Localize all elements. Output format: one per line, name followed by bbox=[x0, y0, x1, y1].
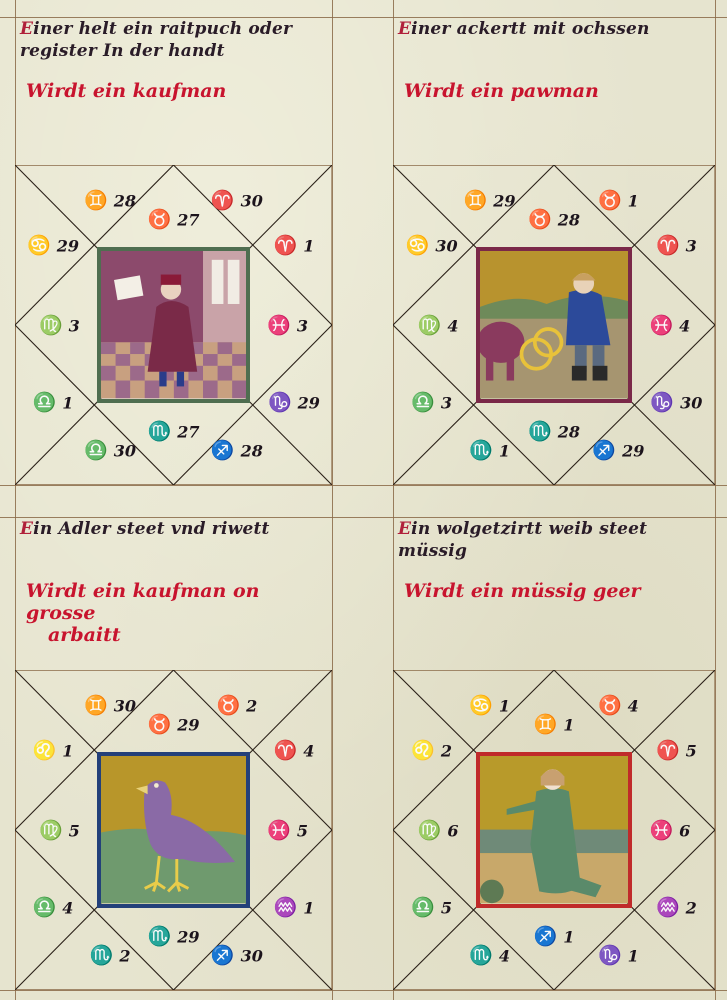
caption-line-1: Einer ackertt mit ochssen bbox=[398, 18, 713, 40]
cancer-sign-icon: ♋ bbox=[406, 235, 430, 257]
rule-bottom bbox=[0, 990, 727, 991]
taurus-sign-icon: ♉ bbox=[528, 209, 552, 231]
degree-value: 30 bbox=[680, 393, 702, 412]
degree-value: 5 bbox=[297, 822, 308, 841]
caption-line-1: Ein Adler steet vnd riwett bbox=[20, 518, 332, 540]
house-label-top-center: ♉27 bbox=[148, 208, 200, 231]
panel-header: Einer ackertt mit ochssen Wirdt ein pawm… bbox=[398, 18, 713, 102]
degree-value: 4 bbox=[447, 317, 458, 336]
verdict-text: Wirdt ein müssig geer bbox=[398, 580, 713, 602]
miniature-illustration bbox=[97, 752, 251, 907]
house-label-top-right: ♉4 bbox=[598, 694, 639, 717]
virgo-sign-icon: ♍ bbox=[418, 820, 442, 842]
scorpio-sign-icon: ♏ bbox=[469, 439, 493, 461]
house-label-bottom-center: ♐1 bbox=[534, 924, 575, 947]
degree-value: 30 bbox=[241, 192, 263, 211]
house-label-right-bottom: ♒2 bbox=[656, 895, 697, 918]
house-label-bottom-right: ♐30 bbox=[211, 943, 263, 966]
degree-value: 1 bbox=[499, 697, 510, 716]
house-label-top-left: ♋1 bbox=[469, 694, 510, 717]
sagittarius-sign-icon: ♐ bbox=[211, 439, 235, 461]
degree-value: 6 bbox=[679, 822, 690, 841]
degree-value: 3 bbox=[297, 317, 308, 336]
degree-value: 1 bbox=[563, 716, 574, 735]
house-label-top-right: ♈30 bbox=[211, 189, 263, 212]
aries-sign-icon: ♈ bbox=[656, 235, 680, 257]
degree-value: 27 bbox=[177, 422, 199, 441]
horoscope-chart-ploughman: ♊29♉28♉1♈3♓4♑30♐29♏28♏1♎3♍4♋30 bbox=[393, 165, 715, 485]
margin-rule-left-b bbox=[332, 0, 333, 1000]
taurus-sign-icon: ♉ bbox=[148, 209, 172, 231]
leo-sign-icon: ♌ bbox=[33, 740, 57, 762]
degree-value: 29 bbox=[298, 393, 320, 412]
degree-value: 1 bbox=[628, 946, 639, 965]
aries-sign-icon: ♈ bbox=[656, 740, 680, 762]
horoscope-chart-merchant: ♊28♉27♈30♈1♓3♑29♐28♏27♎30♎1♍3♋29 bbox=[15, 165, 332, 485]
leo-sign-icon: ♌ bbox=[411, 740, 435, 762]
house-label-right-top: ♈5 bbox=[656, 739, 697, 762]
caption-line-1: Ein wolgetzirtt weib steet bbox=[398, 518, 713, 540]
degree-value: 1 bbox=[303, 237, 314, 256]
degree-value: 1 bbox=[62, 393, 73, 412]
verdict-text: Wirdt ein kaufman on grosse arbaitt bbox=[20, 580, 332, 646]
miniature-illustration bbox=[476, 752, 632, 907]
gemini-sign-icon: ♊ bbox=[84, 190, 108, 212]
capricorn-sign-icon: ♑ bbox=[650, 391, 674, 413]
house-label-right-middle: ♓6 bbox=[650, 819, 691, 842]
degree-value: 2 bbox=[686, 898, 697, 917]
degree-value: 1 bbox=[499, 441, 510, 460]
aries-sign-icon: ♈ bbox=[211, 190, 235, 212]
degree-value: 28 bbox=[241, 441, 263, 460]
verdict-line-1: Wirdt ein kaufman on grosse bbox=[26, 580, 332, 624]
margin-rule-right-b bbox=[715, 0, 716, 1000]
gemini-sign-icon: ♊ bbox=[464, 190, 488, 212]
house-label-left-middle: ♍6 bbox=[418, 819, 459, 842]
degree-value: 3 bbox=[69, 317, 80, 336]
libra-sign-icon: ♎ bbox=[411, 391, 435, 413]
scorpio-sign-icon: ♏ bbox=[148, 925, 172, 947]
house-label-left-middle: ♍5 bbox=[39, 819, 80, 842]
house-label-right-middle: ♓3 bbox=[267, 314, 308, 337]
sagittarius-sign-icon: ♐ bbox=[592, 439, 616, 461]
degree-value: 27 bbox=[177, 211, 199, 230]
verdict-line-1: Wirdt ein müssig geer bbox=[404, 580, 713, 602]
house-label-left-top: ♋29 bbox=[27, 234, 79, 257]
degree-value: 3 bbox=[441, 393, 452, 412]
verdict-line-2: arbaitt bbox=[26, 624, 332, 646]
horoscope-chart-idle-woman: ♋1♊1♉4♈5♓6♒2♑1♐1♏4♎5♍6♌2 bbox=[393, 670, 715, 990]
taurus-sign-icon: ♉ bbox=[598, 190, 622, 212]
horoscope-chart-eagle: ♊30♉29♉2♈4♓5♒1♐30♏29♏2♎4♍5♌1 bbox=[15, 670, 332, 990]
miniature-illustration bbox=[97, 247, 251, 402]
degree-value: 5 bbox=[441, 898, 452, 917]
sagittarius-sign-icon: ♐ bbox=[534, 925, 558, 947]
house-label-top-left: ♊30 bbox=[84, 694, 136, 717]
degree-value: 4 bbox=[62, 898, 73, 917]
degree-value: 2 bbox=[119, 946, 130, 965]
degree-value: 1 bbox=[303, 898, 314, 917]
degree-value: 29 bbox=[57, 237, 79, 256]
degree-value: 29 bbox=[493, 192, 515, 211]
house-label-right-bottom: ♒1 bbox=[274, 895, 315, 918]
degree-value: 2 bbox=[441, 742, 452, 761]
house-label-top-center: ♊1 bbox=[534, 713, 575, 736]
degree-value: 30 bbox=[435, 237, 457, 256]
house-label-bottom-left: ♏4 bbox=[469, 943, 510, 966]
house-label-right-bottom: ♑30 bbox=[650, 390, 702, 413]
caption-text: Ein Adler steet vnd riwett bbox=[20, 518, 332, 540]
degree-value: 1 bbox=[563, 927, 574, 946]
cancer-sign-icon: ♋ bbox=[469, 695, 493, 717]
degree-value: 30 bbox=[241, 946, 263, 965]
house-label-right-top: ♈3 bbox=[656, 234, 697, 257]
aries-sign-icon: ♈ bbox=[274, 740, 298, 762]
house-label-left-top: ♌1 bbox=[33, 739, 74, 762]
gemini-sign-icon: ♊ bbox=[84, 695, 108, 717]
degree-value: 4 bbox=[679, 317, 690, 336]
aquarius-sign-icon: ♒ bbox=[656, 896, 680, 918]
house-label-left-top: ♋30 bbox=[406, 234, 458, 257]
house-label-bottom-left: ♎30 bbox=[84, 438, 136, 461]
libra-sign-icon: ♎ bbox=[411, 896, 435, 918]
rubricated-initial: E bbox=[398, 519, 411, 539]
degree-value: 30 bbox=[114, 441, 136, 460]
house-label-top-left: ♊29 bbox=[464, 189, 516, 212]
rubricated-initial: E bbox=[398, 19, 411, 39]
gemini-sign-icon: ♊ bbox=[534, 714, 558, 736]
degree-value: 29 bbox=[177, 927, 199, 946]
house-label-right-middle: ♓4 bbox=[650, 314, 691, 337]
scorpio-sign-icon: ♏ bbox=[148, 420, 172, 442]
degree-value: 29 bbox=[177, 716, 199, 735]
scorpio-sign-icon: ♏ bbox=[469, 944, 493, 966]
aries-sign-icon: ♈ bbox=[274, 235, 298, 257]
degree-value: 4 bbox=[628, 697, 639, 716]
degree-value: 1 bbox=[628, 192, 639, 211]
house-label-left-bottom: ♎1 bbox=[33, 390, 74, 413]
taurus-sign-icon: ♉ bbox=[148, 714, 172, 736]
house-label-bottom-right: ♐29 bbox=[592, 438, 644, 461]
miniature-scene bbox=[480, 756, 628, 903]
house-label-bottom-right: ♑1 bbox=[598, 943, 639, 966]
house-label-top-center: ♉28 bbox=[528, 208, 580, 231]
house-label-left-middle: ♍4 bbox=[418, 314, 459, 337]
libra-sign-icon: ♎ bbox=[33, 896, 57, 918]
verdict-line-1: Wirdt ein kaufman bbox=[26, 80, 332, 102]
house-label-top-left: ♊28 bbox=[84, 189, 136, 212]
house-label-left-bottom: ♎4 bbox=[33, 895, 74, 918]
virgo-sign-icon: ♍ bbox=[39, 315, 63, 337]
house-label-top-center: ♉29 bbox=[148, 713, 200, 736]
degree-value: 28 bbox=[558, 422, 580, 441]
verdict-text: Wirdt ein kaufman bbox=[20, 80, 332, 102]
degree-value: 29 bbox=[622, 441, 644, 460]
virgo-sign-icon: ♍ bbox=[39, 820, 63, 842]
panel-header: Einer helt ein raitpuch oder register In… bbox=[20, 18, 332, 102]
miniature-illustration bbox=[476, 247, 632, 402]
degree-value: 3 bbox=[686, 237, 697, 256]
pisces-sign-icon: ♓ bbox=[650, 315, 674, 337]
house-label-left-top: ♌2 bbox=[411, 739, 452, 762]
degree-value: 4 bbox=[499, 946, 510, 965]
verdict-line-1: Wirdt ein pawman bbox=[404, 80, 713, 102]
scorpio-sign-icon: ♏ bbox=[528, 420, 552, 442]
libra-sign-icon: ♎ bbox=[84, 439, 108, 461]
pisces-sign-icon: ♓ bbox=[267, 315, 291, 337]
cancer-sign-icon: ♋ bbox=[27, 235, 51, 257]
caption-text: Einer helt ein raitpuch oder register In… bbox=[20, 18, 332, 62]
aquarius-sign-icon: ♒ bbox=[274, 896, 298, 918]
house-label-bottom-center: ♏28 bbox=[528, 419, 580, 442]
panel-header: Ein wolgetzirtt weib steet müssig Wirdt … bbox=[398, 518, 713, 602]
panel-header: Ein Adler steet vnd riwett Wirdt ein kau… bbox=[20, 518, 332, 646]
sagittarius-sign-icon: ♐ bbox=[211, 944, 235, 966]
house-label-left-bottom: ♎5 bbox=[411, 895, 452, 918]
house-label-right-top: ♈4 bbox=[274, 739, 315, 762]
pisces-sign-icon: ♓ bbox=[267, 820, 291, 842]
rubricated-initial: E bbox=[20, 519, 33, 539]
caption-text: Einer ackertt mit ochssen bbox=[398, 18, 713, 40]
rubricated-initial: E bbox=[20, 19, 33, 39]
house-label-top-right: ♉1 bbox=[598, 189, 639, 212]
degree-value: 5 bbox=[686, 742, 697, 761]
caption-line-2: müssig bbox=[398, 540, 713, 562]
house-label-bottom-left: ♏2 bbox=[90, 943, 131, 966]
miniature-scene bbox=[101, 756, 247, 903]
degree-value: 4 bbox=[303, 742, 314, 761]
taurus-sign-icon: ♉ bbox=[598, 695, 622, 717]
degree-value: 1 bbox=[62, 742, 73, 761]
house-label-right-middle: ♓5 bbox=[267, 819, 308, 842]
house-label-bottom-left: ♏1 bbox=[469, 438, 510, 461]
degree-value: 6 bbox=[447, 822, 458, 841]
capricorn-sign-icon: ♑ bbox=[598, 944, 622, 966]
house-label-top-right: ♉2 bbox=[216, 694, 257, 717]
house-label-right-bottom: ♑29 bbox=[268, 390, 320, 413]
caption-text: Ein wolgetzirtt weib steet müssig bbox=[398, 518, 713, 562]
taurus-sign-icon: ♉ bbox=[216, 695, 240, 717]
miniature-scene bbox=[480, 251, 628, 398]
degree-value: 5 bbox=[69, 822, 80, 841]
caption-line-1: Einer helt ein raitpuch oder bbox=[20, 18, 332, 40]
house-label-bottom-center: ♏29 bbox=[148, 924, 200, 947]
degree-value: 28 bbox=[558, 211, 580, 230]
house-label-bottom-right: ♐28 bbox=[211, 438, 263, 461]
degree-value: 28 bbox=[114, 192, 136, 211]
degree-value: 2 bbox=[246, 697, 257, 716]
house-label-left-bottom: ♎3 bbox=[411, 390, 452, 413]
miniature-scene bbox=[101, 251, 247, 398]
house-label-right-top: ♈1 bbox=[274, 234, 315, 257]
verdict-text: Wirdt ein pawman bbox=[398, 80, 713, 102]
libra-sign-icon: ♎ bbox=[33, 391, 57, 413]
pisces-sign-icon: ♓ bbox=[650, 820, 674, 842]
scorpio-sign-icon: ♏ bbox=[90, 944, 114, 966]
house-label-left-middle: ♍3 bbox=[39, 314, 80, 337]
virgo-sign-icon: ♍ bbox=[418, 315, 442, 337]
capricorn-sign-icon: ♑ bbox=[268, 391, 292, 413]
caption-line-2: register In der handt bbox=[20, 40, 332, 62]
house-label-bottom-center: ♏27 bbox=[148, 419, 200, 442]
degree-value: 30 bbox=[114, 697, 136, 716]
